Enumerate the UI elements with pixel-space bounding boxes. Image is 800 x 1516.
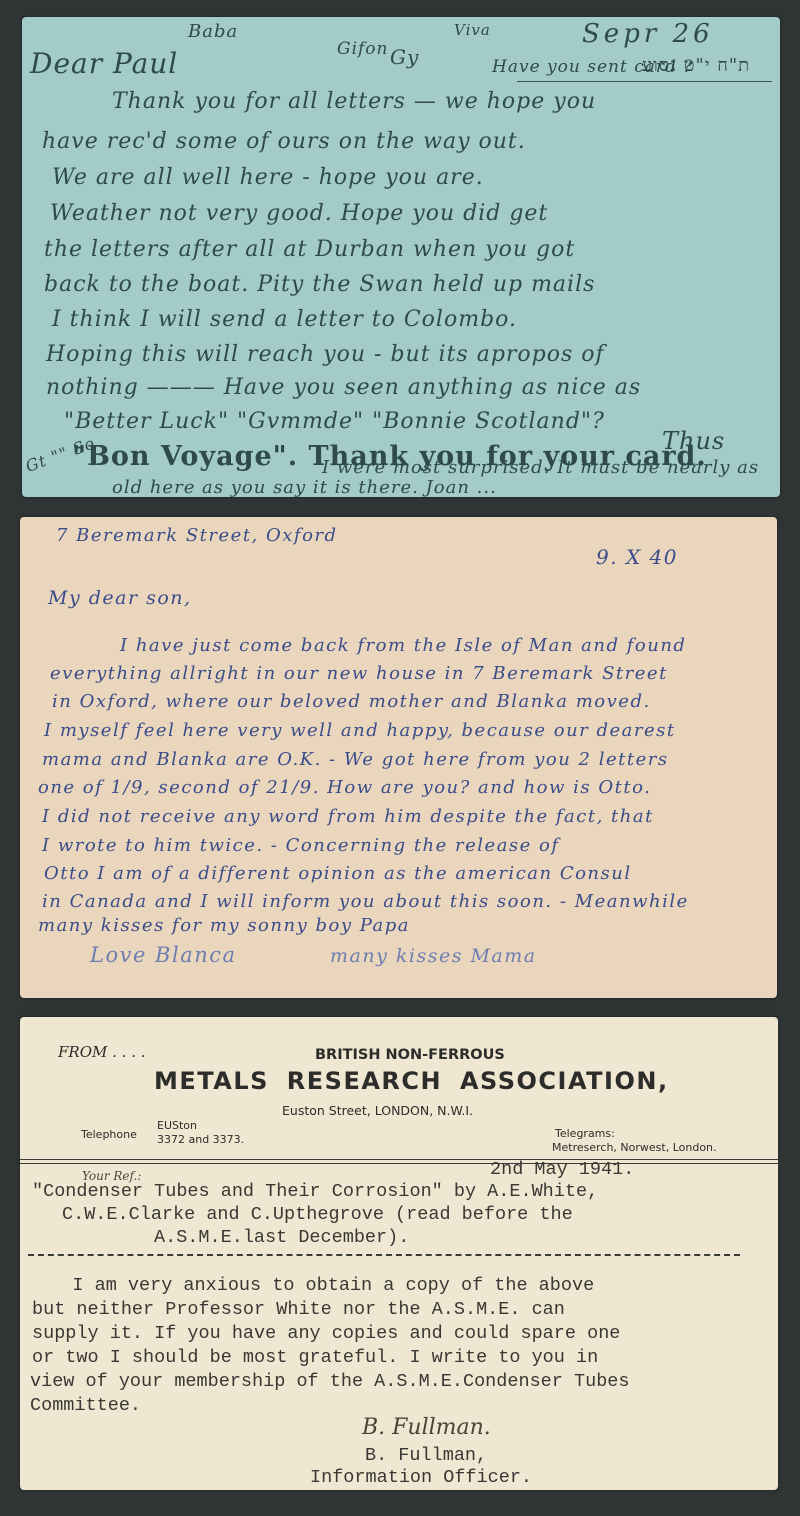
letterhead-rule-top: [20, 1159, 778, 1160]
org-address: Euston Street, LONDON, N.W.I.: [282, 1103, 473, 1118]
letter-line: Hoping this will reach you - but its apr…: [46, 342, 605, 367]
side-note-underline: [517, 81, 772, 82]
letter-line: old here as you say it is there. Joan ..…: [112, 477, 497, 497]
letter-card-2: 7 Beremark Street, Oxford 9. X 40 My dea…: [20, 517, 777, 998]
telephone-numbers: 3372 and 3373.: [157, 1133, 244, 1146]
signatory-name: B. Fullman,: [365, 1445, 487, 1466]
sign-off: Thus: [662, 427, 725, 455]
hebrew-note: ת"ח י"ט נסוע: [642, 55, 750, 76]
card-date: 9. X 40: [596, 545, 678, 569]
letterhead-rule-bottom: [20, 1163, 778, 1164]
card-date: Sepr 26: [582, 19, 714, 49]
letter-line: have rec'd some of ours on the way out.: [42, 129, 526, 154]
org-name: METALS RESEARCH ASSOCIATION,: [154, 1067, 669, 1095]
org-line-1: BRITISH NON-FERROUS: [315, 1047, 505, 1063]
reference-underline: [28, 1254, 740, 1256]
letter-line: I think I will send a letter to Colombo.: [52, 307, 517, 332]
salutation: Dear Paul: [30, 47, 178, 80]
body-line: but neither Professor White nor the A.S.…: [32, 1299, 565, 1320]
letter-line: the letters after all at Durban when you…: [44, 237, 575, 262]
telegrams-value: Metreserch, Norwest, London.: [552, 1141, 717, 1154]
letter-card-3: FROM . . . . BRITISH NON-FERROUS METALS …: [20, 1017, 778, 1490]
reference-line: "Condenser Tubes and Their Corrosion" by…: [32, 1181, 598, 1202]
body-line: view of your membership of the A.S.M.E.C…: [30, 1371, 630, 1392]
letter-line: I have just come back from the Isle of M…: [120, 635, 686, 656]
letter-card-1: Baba Gifon Gy Viva Sepr 26 Have you sent…: [22, 17, 780, 497]
from-label: FROM . . . .: [58, 1043, 146, 1061]
body-line: supply it. If you have any copies and co…: [32, 1323, 620, 1344]
letter-line: everything allright in our new house in …: [50, 663, 668, 684]
annotation-baba: Baba: [188, 21, 238, 42]
letter-line: Weather not very good. Hope you did get: [50, 201, 548, 226]
body-line: I am very anxious to obtain a copy of th…: [28, 1275, 594, 1296]
postscript-mama: many kisses Mama: [330, 945, 537, 967]
letter-line: in Oxford, where our beloved mother and …: [52, 691, 651, 712]
telephone-label: Telephone: [81, 1128, 137, 1141]
top-mark: Viva: [454, 21, 491, 39]
salutation: My dear son,: [48, 587, 192, 609]
letter-line: back to the boat. Pity the Swan held up …: [44, 272, 595, 297]
letter-line: in Canada and I will inform you about th…: [42, 891, 689, 912]
letter-line: mama and Blanka are O.K. - We got here f…: [42, 749, 669, 770]
letter-line: Thank you for all letters — we hope you: [112, 89, 596, 114]
letter-line: "Better Luck" "Gvmmde" "Bonnie Scotland"…: [64, 409, 605, 434]
signatory-title: Information Officer.: [310, 1467, 532, 1488]
reference-line: A.S.M.E.last December).: [154, 1227, 409, 1248]
handwritten-signature: B. Fullman.: [362, 1415, 491, 1440]
letter-line: I myself feel here very well and happy, …: [44, 720, 676, 741]
body-line: Committee.: [30, 1395, 141, 1416]
telephone-exchange: EUSton: [157, 1119, 197, 1132]
sender-address: 7 Beremark Street, Oxford: [56, 525, 338, 546]
body-line: or two I should be most grateful. I writ…: [32, 1347, 598, 1368]
letter-line: I wrote to him twice. - Concerning the r…: [42, 835, 560, 856]
postscript-blanca: Love Blanca: [90, 943, 237, 967]
letter-line: Otto I am of a different opinion as the …: [44, 863, 632, 884]
letter-date: 2nd May 1941.: [490, 1159, 634, 1180]
top-mark: Gifon: [337, 39, 389, 59]
reference-line: C.W.E.Clarke and C.Upthegrove (read befo…: [62, 1204, 573, 1225]
top-mark: Gy: [390, 45, 419, 69]
letter-line: I did not receive any word from him desp…: [42, 806, 654, 827]
telegrams-label: Telegrams:: [555, 1127, 615, 1140]
letter-line: nothing ——— Have you seen anything as ni…: [46, 375, 641, 400]
letter-line: I were most surprised. It must be nearly…: [322, 457, 759, 478]
letter-line: We are all well here - hope you are.: [52, 165, 484, 190]
letter-line: one of 1/9, second of 21/9. How are you?…: [38, 777, 651, 798]
letter-line: many kisses for my sonny boy Papa: [38, 915, 410, 936]
